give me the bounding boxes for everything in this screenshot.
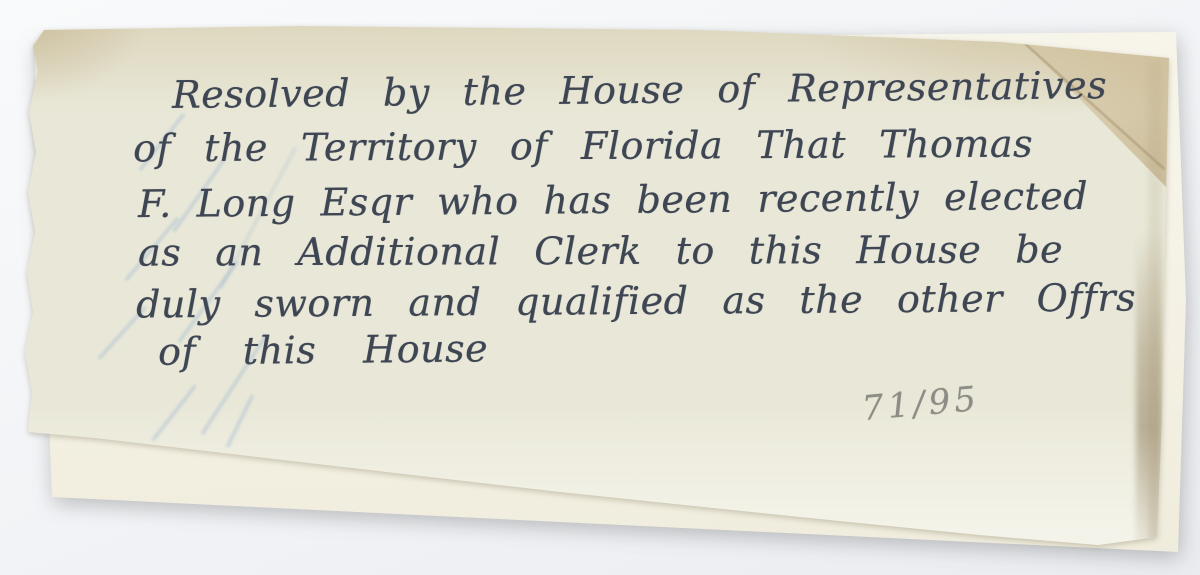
scanned-document-canvas: Resolved by the House of Representatives… <box>0 0 1200 575</box>
document-page: Resolved by the House of Representatives… <box>0 0 1200 575</box>
paper-edge-stain-light <box>1148 60 1162 540</box>
handwriting-line-3: F. Long Esqr who has been recently elect… <box>138 176 1088 226</box>
handwriting-line-2: of the Territory of Florida That Thomas <box>133 124 1033 171</box>
document-page-shadow: Resolved by the House of Representatives… <box>0 0 1200 575</box>
handwriting-line-5: duly sworn and qualified as the other Of… <box>136 278 1136 327</box>
pencil-page-number: 71/95 <box>860 379 981 429</box>
blue-crayon-mark <box>225 394 254 448</box>
handwriting-line-4: as an Additional Clerk to this House be <box>138 229 1063 274</box>
blue-crayon-mark <box>151 384 197 442</box>
handwriting-line-6: of this House <box>158 328 488 373</box>
handwriting-line-1: Resolved by the House of Representatives <box>172 65 1107 117</box>
